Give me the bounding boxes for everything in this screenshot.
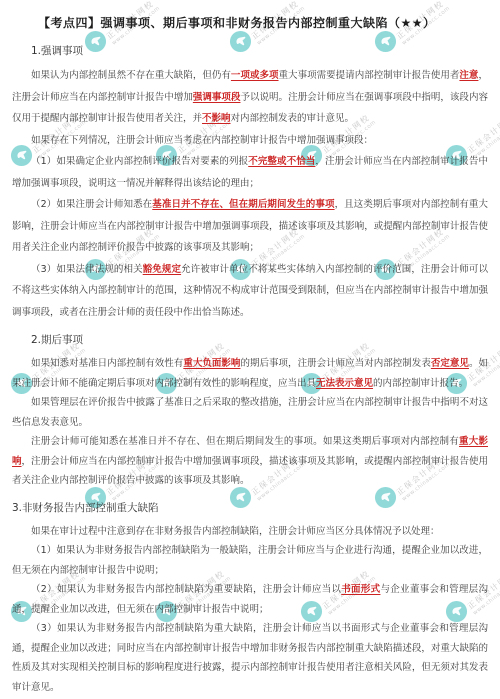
document-content: 【考点四】强调事项、期后事项和非财务报告内部控制重大缺陷（★★） 1.强调事项如…	[0, 0, 500, 697]
highlighted-term: 不完整或不恰当	[248, 156, 315, 167]
text-run: 的期后事项，注册会计师应当对内部控制发表	[240, 358, 430, 369]
highlighted-term: 强调事项段	[193, 92, 241, 103]
text-run: 注册会计师可能知悉在基准日并不存在、但在期后期间发生的事项。如果这类期后事项对内…	[31, 436, 459, 447]
paragraph: 如果存在下列情况，注册会计师应当考虑在内部控制审计报告中增加强调事项段：	[12, 130, 488, 152]
paragraph: 如果知悉对基准日内部控制有效性有重大负面影响的期后事项，注册会计师应当对内部控制…	[12, 354, 488, 393]
text-run: （1）如果确定企业内部控制评价报告对要素的列报	[31, 156, 248, 167]
text-run: 如果在审计过程中注意到存在非财务报告内部控制缺陷，注册会计师应当区分具体情况予以…	[31, 526, 440, 537]
highlighted-term: 不影响	[202, 113, 231, 124]
paragraph: （3）如果法律法规的相关豁免规定允许被审计单位不将某些实体纳入内部控制的评价范围…	[12, 259, 488, 324]
paragraph: 如果认为内部控制虽然不存在重大缺陷，但仍有一项或多项重大事项需要提请内部控制审计…	[12, 65, 488, 130]
highlighted-term: 基准日并不存在、但在期后期间发生的事项	[152, 199, 334, 210]
paragraph: （2）如果注册会计师知悉在基准日并不存在、但在期后期间发生的事项，且这类期后事项…	[12, 194, 488, 259]
section: 2.期后事项如果知悉对基准日内部控制有效性有重大负面影响的期后事项，注册会计师应…	[12, 332, 488, 491]
text-run: 对内部控制发表的审计意见。	[231, 113, 355, 124]
document-body: 1.强调事项如果认为内部控制虽然不存在重大缺陷，但仍有一项或多项重大事项需要提请…	[12, 43, 488, 697]
highlighted-term: 注意	[459, 70, 478, 81]
section: 1.强调事项如果认为内部控制虽然不存在重大缺陷，但仍有一项或多项重大事项需要提请…	[12, 43, 488, 323]
text-run: ，注册会计师应当在内部控制审计报告中增加强调事项段，描述该事项及其影响，或提醒内…	[12, 456, 488, 487]
paragraph: （2）如果认为非财务报告内部控制缺陷为重要缺陷，注册会计师应当以书面形式与企业董…	[12, 580, 488, 619]
text-run: （1）如果认为非财务报告内部控制缺陷为一般缺陷，注册会计师应当与企业进行沟通，提…	[12, 545, 488, 576]
text-run: 的内部控制审计报告。	[373, 378, 468, 389]
highlighted-term: 重大负面影响	[183, 358, 240, 369]
text-run: （2）如果注册会计师知悉在	[31, 199, 152, 210]
text-run: （3）如果法律法规的相关	[31, 264, 143, 275]
text-run: （3）如果认为非财务报告内部控制缺陷为重大缺陷，注册会计师应当以书面形式与企业董…	[12, 623, 488, 693]
highlighted-term: 一项或多项	[231, 70, 279, 81]
paragraph: 如果在审计过程中注意到存在非财务报告内部控制缺陷，注册会计师应当区分具体情况予以…	[12, 522, 488, 542]
text-run: 如果知悉对基准日内部控制有效性有	[31, 358, 183, 369]
section-heading: 2.期后事项	[12, 332, 488, 347]
highlighted-term: 书面形式	[341, 584, 380, 595]
paragraph: 注册会计师可能知悉在基准日并不存在、但在期后期间发生的事项。如果这类期后事项对内…	[12, 432, 488, 491]
paragraph: 如果管理层在评价报告中披露了基准日之后采取的整改措施，注册会计应当在内部控制审计…	[12, 393, 488, 432]
text-run: 如果存在下列情况，注册会计师应当考虑在内部控制审计报告中增加强调事项段：	[31, 135, 373, 146]
text-run: 如果认为内部控制虽然不存在重大缺陷，但仍有	[31, 70, 231, 81]
highlighted-term: 豁免规定	[143, 264, 181, 275]
section: 3.非财务报告内部控制重大缺陷如果在审计过程中注意到存在非财务报告内部控制缺陷，…	[12, 500, 488, 698]
text-run: （2）如果认为非财务报告内部控制缺陷为重要缺陷，注册会计师应当以	[31, 584, 341, 595]
section-heading: 3.非财务报告内部控制重大缺陷	[12, 500, 488, 515]
paragraph: （1）如果认为非财务报告内部控制缺陷为一般缺陷，注册会计师应当与企业进行沟通，提…	[12, 541, 488, 580]
paragraph: （3）如果认为非财务报告内部控制缺陷为重大缺陷，注册会计师应当以书面形式与企业董…	[12, 619, 488, 697]
paragraph: （1）如果确定企业内部控制评价报告对要素的列报不完整或不恰当，注册会计师应当在内…	[12, 151, 488, 194]
section-heading: 1.强调事项	[12, 43, 488, 58]
text-run: 重大事项需要提请内部控制审计报告使用者	[279, 70, 460, 81]
text-run: 如果管理层在评价报告中披露了基准日之后采取的整改措施，注册会计应当在内部控制审计…	[12, 397, 488, 428]
highlighted-term: 否定意见	[431, 358, 469, 369]
highlighted-term: 无法表示意见	[316, 378, 373, 389]
page-title: 【考点四】强调事项、期后事项和非财务报告内部控制重大缺陷（★★）	[12, 14, 488, 31]
document-page: 正保会计网校www.chinaacc.com正保会计网校www.chinaacc…	[0, 0, 500, 699]
